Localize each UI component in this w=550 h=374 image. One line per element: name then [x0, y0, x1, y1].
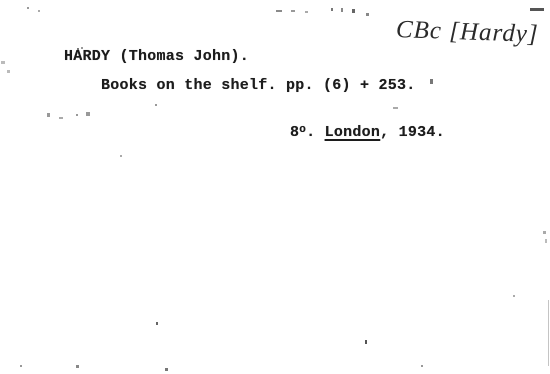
noise-speck: [331, 8, 333, 11]
imprint-place: London: [325, 124, 381, 141]
noise-speck: [366, 13, 369, 16]
title-line: Books on the shelf. pp. (6) + 253.: [101, 78, 416, 93]
imprint-date: , 1934.: [380, 124, 445, 141]
imprint-line: 8o. London, 1934.: [253, 108, 445, 155]
imprint-separator: .: [306, 124, 325, 141]
noise-speck: [165, 368, 168, 371]
noise-speck: [47, 113, 50, 117]
catalog-card: CBc [Hardy] HARDY (Thomas John). Books o…: [0, 0, 550, 374]
noise-speck: [156, 322, 158, 325]
noise-speck: [7, 70, 10, 73]
noise-speck: [548, 300, 549, 366]
noise-speck: [76, 365, 79, 368]
noise-speck: [393, 107, 398, 109]
noise-speck: [341, 8, 343, 12]
noise-speck: [276, 10, 282, 12]
noise-speck: [513, 295, 515, 297]
noise-speck: [76, 114, 78, 116]
noise-speck: [543, 231, 546, 234]
noise-speck: [38, 10, 40, 12]
noise-speck: [421, 365, 423, 367]
noise-speck: [20, 365, 22, 367]
noise-speck: [305, 11, 308, 13]
noise-speck: [530, 8, 544, 11]
noise-speck: [365, 340, 367, 344]
noise-speck: [59, 117, 63, 119]
noise-speck: [27, 7, 29, 9]
format-base: 8: [290, 124, 299, 141]
shelfmark-annotation: CBc [Hardy]: [396, 16, 540, 49]
noise-speck: [1, 61, 5, 64]
noise-speck: [352, 9, 355, 13]
noise-speck: [81, 47, 83, 49]
noise-speck: [291, 10, 295, 12]
noise-speck: [155, 104, 157, 106]
noise-speck: [545, 239, 547, 243]
noise-speck: [120, 155, 122, 157]
noise-speck: [77, 48, 79, 50]
author-heading: HARDY (Thomas John).: [64, 49, 249, 64]
noise-speck: [430, 79, 433, 84]
noise-speck: [86, 112, 90, 116]
